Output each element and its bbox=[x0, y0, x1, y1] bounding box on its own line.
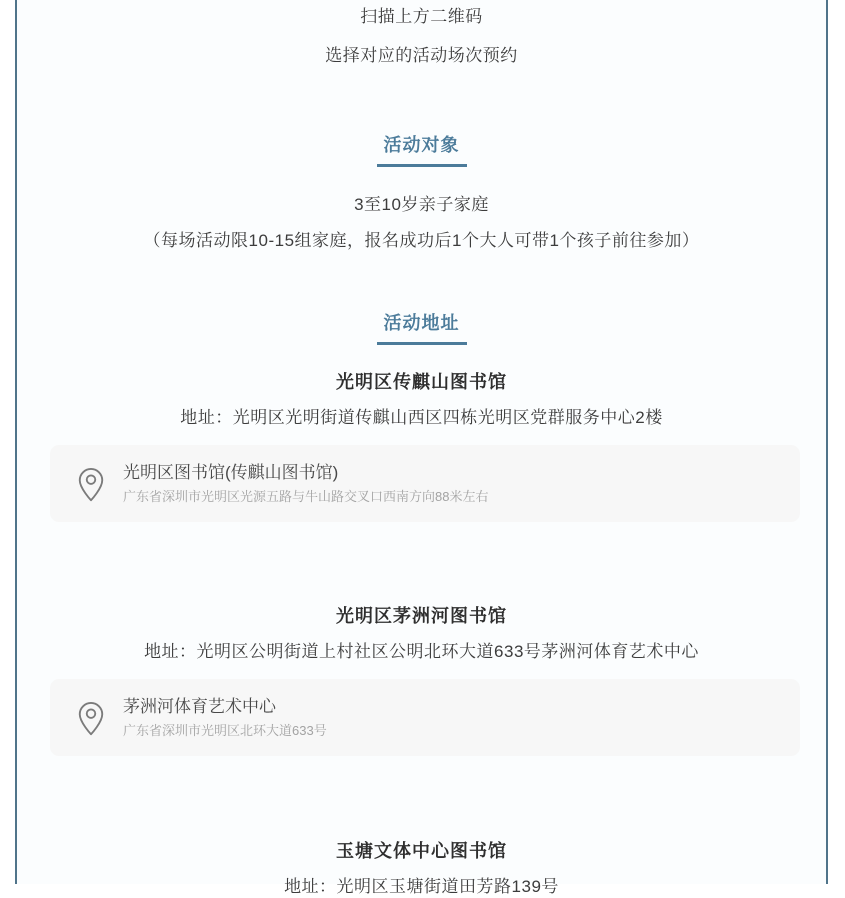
venue-address-chuanqishan: 地址：光明区光明街道传麒山西区四栋光明区党群服务中心2楼 bbox=[17, 407, 826, 429]
venue-address-maozhouhe: 地址：光明区公明街道上村社区公明北环大道633号茅洲河体育艺术中心 bbox=[17, 641, 826, 663]
map-location-card[interactable]: 光明区图书馆(传麒山图书馆) 广东省深圳市光明区光源五路与牛山路交叉口西南方向8… bbox=[50, 445, 800, 522]
map-pin-icon bbox=[76, 464, 106, 504]
audience-line-2: （每场活动限10-15组家庭，报名成功后1个大人可带1个孩子前往参加） bbox=[17, 230, 826, 252]
intro-line-2: 选择对应的活动场次预约 bbox=[17, 45, 826, 67]
map-card-name: 光明区图书馆(传麒山图书馆) bbox=[123, 462, 488, 483]
audience-line-1: 3至10岁亲子家庭 bbox=[17, 194, 826, 216]
article-body: 扫描上方二维码 选择对应的活动场次预约 活动对象 3至10岁亲子家庭 （每场活动… bbox=[15, 0, 828, 884]
venue-title-maozhouhe: 光明区茅洲河图书馆 bbox=[17, 602, 826, 628]
map-location-card[interactable]: 茅洲河体育艺术中心 广东省深圳市光明区北环大道633号 bbox=[50, 679, 800, 756]
map-card-text: 光明区图书馆(传麒山图书馆) 广东省深圳市光明区光源五路与牛山路交叉口西南方向8… bbox=[123, 462, 488, 505]
map-card-name: 茅洲河体育艺术中心 bbox=[123, 696, 327, 717]
venue-title-yutang: 玉塘文体中心图书馆 bbox=[17, 837, 826, 863]
map-card-text: 茅洲河体育艺术中心 广东省深圳市光明区北环大道633号 bbox=[123, 696, 327, 739]
venue-address-yutang: 地址：光明区玉塘街道田芳路139号 bbox=[17, 876, 826, 884]
section-audience: 活动对象 bbox=[17, 131, 826, 167]
map-card-detail: 广东省深圳市光明区北环大道633号 bbox=[123, 723, 327, 739]
section-address: 活动地址 bbox=[17, 309, 826, 345]
map-pin-icon bbox=[76, 698, 106, 738]
venue-title-chuanqishan: 光明区传麒山图书馆 bbox=[17, 368, 826, 394]
section-header-audience: 活动对象 bbox=[377, 131, 467, 167]
intro-line-1: 扫描上方二维码 bbox=[17, 6, 826, 28]
section-header-address: 活动地址 bbox=[377, 309, 467, 345]
map-card-detail: 广东省深圳市光明区光源五路与牛山路交叉口西南方向88米左右 bbox=[123, 489, 488, 505]
